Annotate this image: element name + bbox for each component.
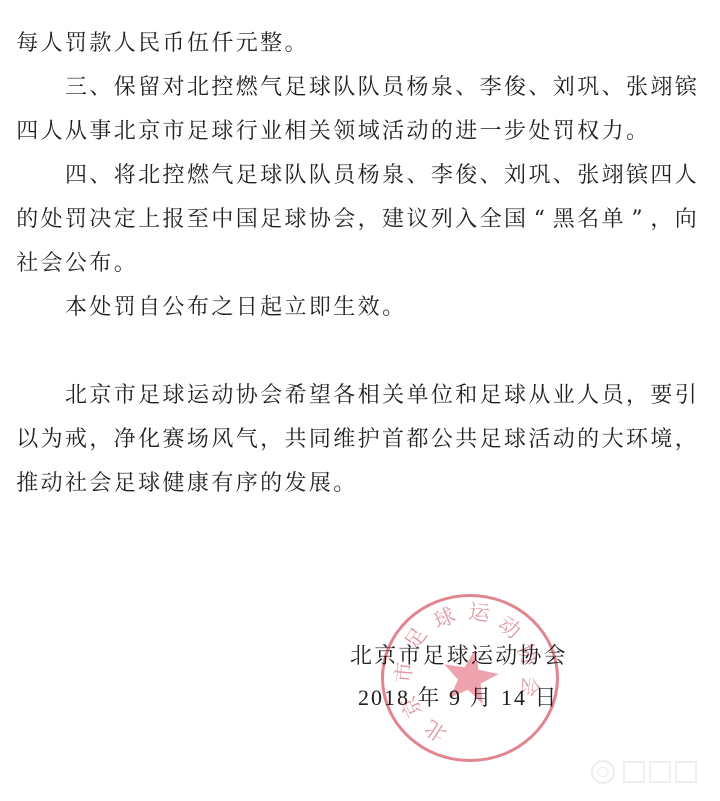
- char: 风: [210, 418, 234, 462]
- char: 力: [600, 110, 624, 154]
- char: 、: [527, 66, 551, 110]
- body-line: 推动社会足球健康有序的发展。: [15, 462, 715, 506]
- char: 气: [259, 66, 283, 110]
- char: 关: [308, 110, 332, 154]
- char: 、: [552, 154, 576, 198]
- char: 足: [259, 198, 283, 242]
- char: 的: [430, 110, 454, 154]
- char: 希: [283, 374, 307, 418]
- char: 球: [137, 462, 161, 506]
- char: 业: [259, 110, 283, 154]
- char: ，: [649, 198, 673, 242]
- char: 相: [356, 374, 380, 418]
- char: 展: [308, 462, 332, 506]
- char: 市: [161, 110, 185, 154]
- char: 杨: [356, 154, 380, 198]
- char: 、: [88, 154, 112, 198]
- char: 处: [39, 198, 63, 242]
- char: 生: [332, 286, 356, 330]
- char: 的: [576, 418, 600, 462]
- char: 球: [283, 198, 307, 242]
- char: 协: [308, 198, 332, 242]
- char: 员: [381, 66, 405, 110]
- char: 发: [283, 462, 307, 506]
- seal-ring: [381, 594, 559, 762]
- char: 关: [381, 374, 405, 418]
- char: 民: [137, 22, 161, 66]
- char: 国: [503, 198, 527, 242]
- char: 会: [39, 242, 63, 286]
- char: 日: [235, 286, 259, 330]
- body-line: 以为戒，净化赛场风气，共同维护首都公共足球活动的大环境，: [15, 418, 715, 462]
- char: 。: [283, 22, 307, 66]
- char: 足: [235, 154, 259, 198]
- char: 保: [113, 66, 137, 110]
- char: 即: [308, 286, 332, 330]
- char: 步: [503, 110, 527, 154]
- char: 名: [576, 198, 600, 242]
- char: 入: [454, 198, 478, 242]
- char: 净: [113, 418, 137, 462]
- char: 康: [186, 462, 210, 506]
- char: 人: [576, 374, 600, 418]
- char: 留: [137, 66, 161, 110]
- char: 四: [649, 154, 673, 198]
- char: 领: [332, 110, 356, 154]
- char: 议: [405, 198, 429, 242]
- char: 气: [235, 418, 259, 462]
- char: 市: [113, 374, 137, 418]
- char: 三: [64, 66, 88, 110]
- char: 定: [113, 198, 137, 242]
- char: 球: [503, 418, 527, 462]
- char: 人: [113, 22, 137, 66]
- char: 护: [356, 418, 380, 462]
- char: 戒: [64, 418, 88, 462]
- char: 单: [405, 374, 429, 418]
- char: 有: [210, 462, 234, 506]
- char: 球: [210, 110, 234, 154]
- char: 、: [478, 154, 502, 198]
- char: 员: [600, 374, 624, 418]
- char: 单: [600, 198, 624, 242]
- char: 动: [39, 462, 63, 506]
- char: 四: [15, 110, 39, 154]
- char: 李: [478, 66, 502, 110]
- char: 处: [527, 110, 551, 154]
- char: 镔: [674, 66, 698, 110]
- char: 球: [161, 374, 185, 418]
- seal-char: 球: [430, 604, 459, 633]
- char: 款: [88, 22, 112, 66]
- char: 俊: [503, 66, 527, 110]
- signature-date: 2018 年 9 月 14 日: [358, 686, 559, 710]
- char: 人: [674, 154, 698, 198]
- char: 北: [186, 66, 210, 110]
- char: 会: [332, 198, 356, 242]
- char: 本: [64, 286, 88, 330]
- document-page: 每人罚款人民币伍仟元整。 三、保留对北控燃气足球队队员杨泉、李俊、刘巩、张翊镔 …: [0, 0, 720, 801]
- char: 人: [39, 110, 63, 154]
- body-line: 的处罚决定上报至中国足球协会，建议列入全国“黑名单”，向: [15, 198, 715, 242]
- char: 罚: [552, 110, 576, 154]
- seal-char: 动: [494, 612, 525, 643]
- char: ，: [356, 198, 380, 242]
- watermark-logo-icon: [588, 758, 708, 788]
- char: ，: [88, 418, 112, 462]
- char: 域: [356, 110, 380, 154]
- char: 共: [454, 418, 478, 462]
- char: 处: [88, 286, 112, 330]
- signature-organization: 北京市足球运动协会: [350, 645, 568, 669]
- char: 公: [161, 286, 185, 330]
- char: 球: [503, 374, 527, 418]
- char: 刘: [503, 154, 527, 198]
- char: 上: [137, 198, 161, 242]
- char: 巩: [576, 66, 600, 110]
- char: 气: [210, 154, 234, 198]
- char: 的: [15, 198, 39, 242]
- body-line: 社会公布。: [15, 242, 715, 286]
- char: 化: [137, 418, 161, 462]
- char: 足: [478, 374, 502, 418]
- char: 布: [88, 242, 112, 286]
- document-body: 每人罚款人民币伍仟元整。 三、保留对北控燃气足球队队员杨泉、李俊、刘巩、张翊镔 …: [15, 22, 715, 506]
- char: 北: [113, 110, 137, 154]
- char: 控: [161, 154, 185, 198]
- body-line: 四人从事北京市足球行业相关领域活动的进一步处罚权力。: [15, 110, 715, 154]
- char: 赛: [161, 418, 185, 462]
- char: 泉: [430, 66, 454, 110]
- char: 将: [113, 154, 137, 198]
- char: 。: [625, 110, 649, 154]
- char: 、: [454, 66, 478, 110]
- char: 足: [186, 110, 210, 154]
- char: 各: [332, 374, 356, 418]
- char: 维: [332, 418, 356, 462]
- char: 健: [161, 462, 185, 506]
- paragraph-fine-continuation: 每人罚款人民币伍仟元整。: [15, 22, 715, 66]
- char: 都: [405, 418, 429, 462]
- char: 全: [478, 198, 502, 242]
- char: ”: [625, 198, 649, 242]
- char: 燃: [186, 154, 210, 198]
- char: ，: [259, 418, 283, 462]
- char: 向: [674, 198, 698, 242]
- char: 之: [210, 286, 234, 330]
- char: 黑: [552, 198, 576, 242]
- char: 立: [283, 286, 307, 330]
- paragraph-item-three: 三、保留对北控燃气足球队队员杨泉、李俊、刘巩、张翊镔 四人从事北京市足球行业相关…: [15, 66, 715, 154]
- char: 活: [381, 110, 405, 154]
- char: 为: [39, 418, 63, 462]
- char: 刘: [552, 66, 576, 110]
- char: 望: [308, 374, 332, 418]
- char: 队: [308, 154, 332, 198]
- char: 动: [405, 110, 429, 154]
- char: 杨: [405, 66, 429, 110]
- char: 。: [113, 242, 137, 286]
- char: 同: [308, 418, 332, 462]
- char: 活: [527, 418, 551, 462]
- char: 业: [552, 374, 576, 418]
- body-line: 四、将北控燃气足球队队员杨泉、李俊、刘巩、张翊镔四人: [15, 154, 715, 198]
- char: 以: [15, 418, 39, 462]
- char: 伍: [186, 22, 210, 66]
- char: 动: [552, 418, 576, 462]
- char: 从: [527, 374, 551, 418]
- char: 共: [283, 418, 307, 462]
- char: 行: [235, 110, 259, 154]
- char: 俊: [454, 154, 478, 198]
- paragraph-item-four: 四、将北控燃气足球队队员杨泉、李俊、刘巩、张翊镔四人 的处罚决定上报至中国足球协…: [15, 154, 715, 286]
- char: 首: [381, 418, 405, 462]
- char: 会: [259, 374, 283, 418]
- char: 足: [283, 66, 307, 110]
- char: 公: [64, 242, 88, 286]
- char: 控: [210, 66, 234, 110]
- char: ，: [625, 374, 649, 418]
- char: 京: [137, 110, 161, 154]
- char: 每: [15, 22, 39, 66]
- char: 自: [137, 286, 161, 330]
- char: 起: [259, 286, 283, 330]
- body-line: 本处罚自公布之日起立即生效。: [15, 286, 715, 330]
- char: 。: [332, 462, 356, 506]
- char: “: [527, 198, 551, 242]
- char: 布: [186, 286, 210, 330]
- char: 一: [478, 110, 502, 154]
- char: 元: [235, 22, 259, 66]
- char: 四: [64, 154, 88, 198]
- char: 、: [88, 66, 112, 110]
- char: 运: [186, 374, 210, 418]
- char: 张: [576, 154, 600, 198]
- char: 队: [356, 66, 380, 110]
- body-line: 三、保留对北控燃气足球队队员杨泉、李俊、刘巩、张翊镔: [15, 66, 715, 110]
- char: 权: [576, 110, 600, 154]
- char: 币: [161, 22, 185, 66]
- seal-char: 运: [467, 600, 492, 625]
- char: 巩: [527, 154, 551, 198]
- char: 引: [674, 374, 698, 418]
- char: 、: [405, 154, 429, 198]
- char: 从: [64, 110, 88, 154]
- char: 。: [381, 286, 405, 330]
- char: 翊: [649, 66, 673, 110]
- char: 的: [259, 462, 283, 506]
- char: 和: [454, 374, 478, 418]
- char: 员: [332, 154, 356, 198]
- char: 、: [600, 66, 624, 110]
- char: 推: [15, 462, 39, 506]
- char: 国: [235, 198, 259, 242]
- char: 建: [381, 198, 405, 242]
- char: 足: [478, 418, 502, 462]
- char: 会: [88, 462, 112, 506]
- char: 队: [283, 154, 307, 198]
- char: 报: [161, 198, 185, 242]
- char: 序: [235, 462, 259, 506]
- char: 环: [625, 418, 649, 462]
- char: ，: [674, 418, 698, 462]
- char: 球: [308, 66, 332, 110]
- body-line: 北京市足球运动协会希望各相关单位和足球从业人员，要引: [15, 374, 715, 418]
- char: 场: [186, 418, 210, 462]
- char: 张: [625, 66, 649, 110]
- char: 燃: [235, 66, 259, 110]
- char: 足: [113, 462, 137, 506]
- char: 位: [430, 374, 454, 418]
- char: 动: [210, 374, 234, 418]
- char: 至: [186, 198, 210, 242]
- char: 整: [259, 22, 283, 66]
- char: 境: [649, 418, 673, 462]
- char: 镔: [625, 154, 649, 198]
- char: 中: [210, 198, 234, 242]
- char: 协: [235, 374, 259, 418]
- char: 大: [600, 418, 624, 462]
- char: 罚: [64, 22, 88, 66]
- char: 人: [39, 22, 63, 66]
- char: 公: [430, 418, 454, 462]
- char: 相: [283, 110, 307, 154]
- char: 要: [649, 374, 673, 418]
- char: 进: [454, 110, 478, 154]
- char: 社: [64, 462, 88, 506]
- seal-char: 北: [420, 716, 450, 746]
- char: 李: [430, 154, 454, 198]
- paragraph-effective-date: 本处罚自公布之日起立即生效。: [15, 286, 715, 330]
- char: 事: [88, 110, 112, 154]
- char: 北: [137, 154, 161, 198]
- char: 对: [161, 66, 185, 110]
- char: 罚: [113, 286, 137, 330]
- char: 球: [259, 154, 283, 198]
- char: 翊: [600, 154, 624, 198]
- char: 决: [88, 198, 112, 242]
- char: 罚: [64, 198, 88, 242]
- char: 足: [137, 374, 161, 418]
- char: 队: [332, 66, 356, 110]
- char: 京: [88, 374, 112, 418]
- body-line: 每人罚款人民币伍仟元整。: [15, 22, 715, 66]
- char: 列: [430, 198, 454, 242]
- char: 效: [356, 286, 380, 330]
- char: 泉: [381, 154, 405, 198]
- char: 仟: [210, 22, 234, 66]
- paragraph-closing-appeal: 北京市足球运动协会希望各相关单位和足球从业人员，要引 以为戒，净化赛场风气，共同…: [15, 374, 715, 506]
- char: 社: [15, 242, 39, 286]
- char: 北: [64, 374, 88, 418]
